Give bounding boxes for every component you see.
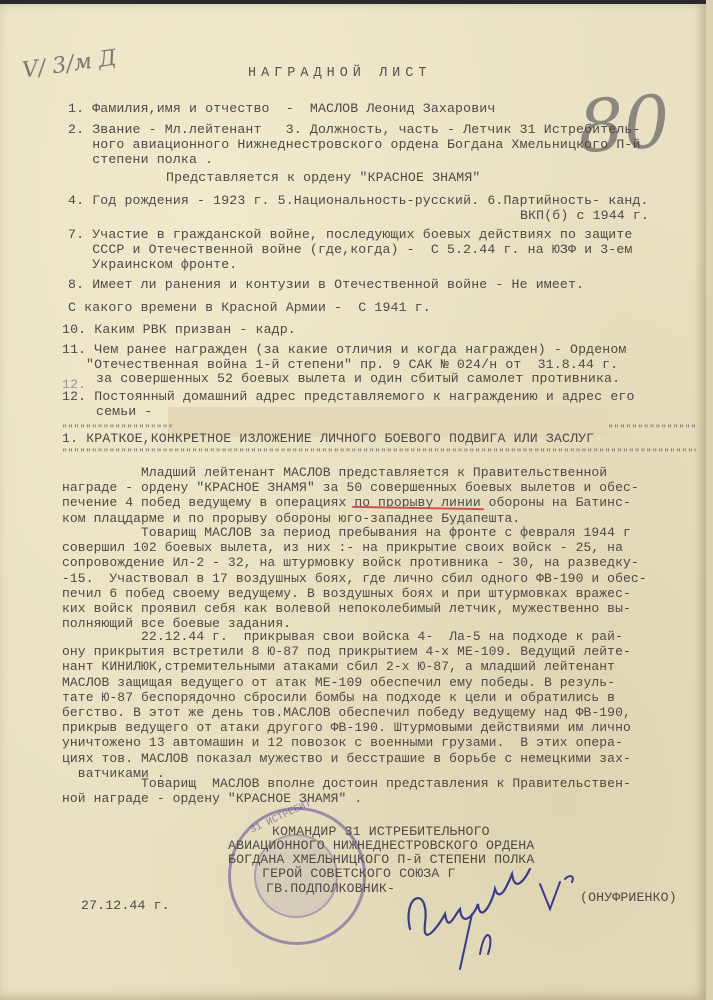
item-6-party-membership: ВКП(б) с 1944 г. [520,208,649,223]
item-12-address-line2: семьи - [96,404,152,419]
narrative-paragraph-4: Товарищ МАСЛОВ вполне достоин представле… [62,776,631,806]
signature-block-line5: ГВ.ПОДПОЛКОВНИК- [266,881,395,896]
pencil-mark-top-left: V/ 3/м Д [21,46,118,84]
item-2-rank-line2: ного авиационного Нижнеднестровского орд… [68,137,641,152]
signature-block-line1: КОМАНДИР 31 ИСТРЕБИТЕЛЬНОГО [272,824,490,839]
narrative-paragraph-2: Товарищ МАСЛОВ за период пребывания на ф… [62,525,647,631]
item-2-rank-line1: 2. Звание - Мл.лейтенант 3. Должность, ч… [68,122,641,137]
page-right-edge [706,0,713,1000]
document-title: НАГРАДНОЙ ЛИСТ [248,66,431,81]
item-9-army-since: С какого времени в Красной Армии - С 194… [68,300,431,315]
signature-block-line2: АВИАЦИОННОГО НИЖНЕДНЕСТРОВСКОГО ОРДЕНА [228,838,534,853]
document-date: 27.12.44 г. [81,898,170,913]
handwritten-signature [400,854,580,974]
item-11-prior-awards-line2: "Отечественная война 1-й степени" пр. 9 … [86,357,618,372]
item-7-participation-line1: 7. Участие в гражданской войне, последую… [68,227,632,242]
item-2-rank-line3: степени полка . [68,152,213,167]
item-4-birth-year: 4. Год рождения - 1923 г. 5.Национальнос… [68,193,649,208]
section-heading-feat: 1. КРАТКОЕ,КОНКРЕТНОЕ ИЗЛОЖЕНИЕ ЛИЧНОГО … [62,431,594,446]
narrative-paragraph-1: Младший лейтенант МАСЛОВ представляется … [62,465,639,526]
item-12-address-line1: 12. Постоянный домашний адрес представля… [62,389,635,404]
award-sheet-page: V/ 3/м Д 80 НАГРАДНОЙ ЛИСТ 1. Фамилия,им… [0,4,706,1000]
narrative-paragraph-3: 22.12.44 г. прикрывая свои войска 4- Ла-… [62,629,631,781]
divider-top-right: """""""""""""""""""""""""" [608,424,696,434]
item-7-participation-line3: Украинском фронте. [68,257,237,272]
divider-bottom: """"""""""""""""""""""""""""""""""""""""… [62,448,696,458]
item-11-prior-awards-line1: 11. Чем ранее награжден (за какие отличи… [62,342,626,357]
item-1-name: 1. Фамилия,имя и отчество - МАСЛОВ Леони… [68,101,495,116]
item-11-prior-awards-line3: за совершенных 52 боевых вылета и один с… [96,371,620,386]
item-8-wounds: 8. Имеет ли ранения и контузии в Отечест… [68,277,584,292]
presented-for-order: Представляется к ордену "КРАСНОЕ ЗНАМЯ" [166,170,481,185]
commander-name: (ОНУФРИЕНКО) [580,890,677,905]
item-10-rvk: 10. Каким РВК призван - кадр. [62,322,296,337]
item-7-participation-line2: СССР и Отечественной войне (где,когда) -… [68,242,632,257]
